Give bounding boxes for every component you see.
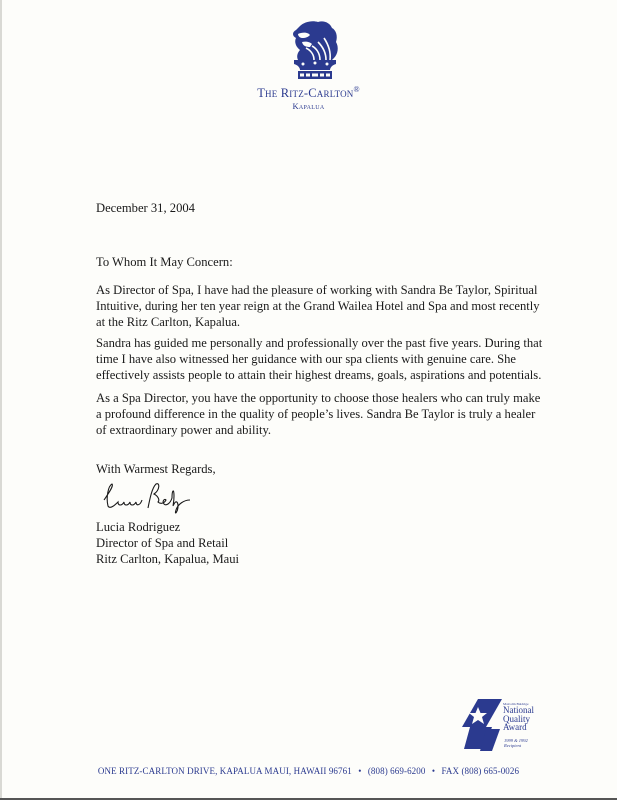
signer-organization: Ritz Carlton, Kapalua, Maui (96, 552, 239, 568)
signer-name: Lucia Rodriguez (96, 520, 239, 536)
brand-name-text: The Ritz-Carlton (257, 86, 353, 100)
footer-separator: • (358, 766, 361, 776)
award-title: Malcolm Baldrige National Quality Award (503, 702, 563, 732)
signer-title: Director of Spa and Retail (96, 536, 239, 552)
lion-crown-logo-icon (286, 20, 344, 84)
signer-block: Lucia Rodriguez Director of Spa and Reta… (96, 520, 239, 567)
footer-address-line: ONE RITZ-CARLTON DRIVE, KAPALUA MAUI, HA… (0, 766, 617, 776)
award-years: 1999 & 1992 Recipient (504, 738, 528, 748)
footer-address: ONE RITZ-CARLTON DRIVE, KAPALUA MAUI, HA… (98, 766, 352, 776)
footer-separator: • (432, 766, 435, 776)
handwritten-signature-icon (100, 478, 192, 518)
closing: With Warmest Regards, (96, 462, 216, 477)
salutation: To Whom It May Concern: (96, 255, 233, 270)
body-paragraph-2: Sandra has guided me personally and prof… (96, 336, 546, 383)
award-recipient-text: Recipient (504, 743, 528, 748)
brand-location: Kapalua (0, 101, 617, 111)
page-edge (0, 0, 2, 800)
footer-fax: FAX (808) 665-0026 (441, 766, 519, 776)
award-line-3: Award (503, 723, 563, 732)
body-paragraph-3: As a Spa Director, you have the opportun… (96, 391, 546, 438)
brand-name: The Ritz-Carlton® (0, 85, 617, 101)
body-paragraph-1: As Director of Spa, I have had the pleas… (96, 283, 546, 330)
registered-mark: ® (354, 85, 360, 94)
letter-date: December 31, 2004 (96, 201, 195, 216)
footer-phone: (808) 669-6200 (368, 766, 426, 776)
